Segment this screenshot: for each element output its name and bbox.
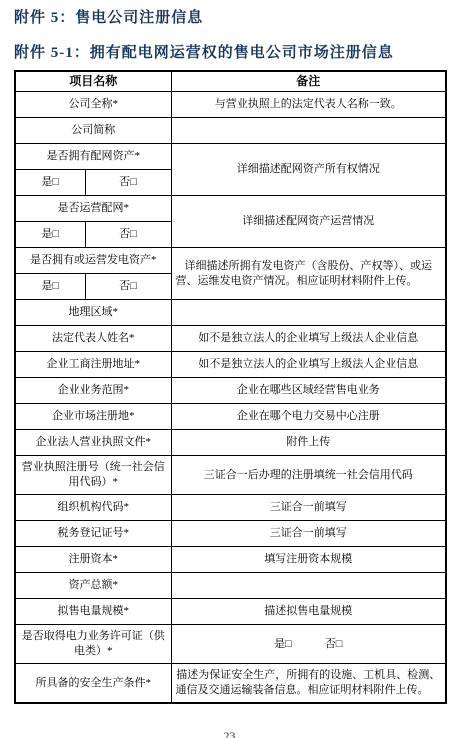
item-cell: 法定代表人姓名* [15, 326, 171, 352]
page-title: 附件 5：售电公司注册信息 [14, 9, 445, 28]
checkbox-yes[interactable]: 是□ [15, 274, 85, 300]
table-row: 企业业务范围* 企业在哪些区域经营售电业务 [15, 378, 446, 404]
item-cell: 资产总额* [15, 573, 171, 599]
note-cell: 详细描述配网资产所有权情况 [171, 144, 446, 196]
header-item-name: 项目名称 [15, 71, 171, 92]
note-cell [171, 300, 446, 326]
table-row: 企业法人营业执照文件* 附件上传 [15, 430, 446, 456]
note-cell: 填写注册资本规模 [171, 547, 446, 573]
note-cell: 描述为保证安全生产，所拥有的设施、工机具、检测、通信及交通运输装备信息。相应证明… [171, 664, 446, 704]
table-header-row: 项目名称 备注 [15, 71, 446, 92]
table-row: 资产总额* [15, 573, 446, 599]
table-row: 注册资本* 填写注册资本规模 [15, 547, 446, 573]
item-cell: 是否拥有或运营发电资产* [15, 248, 171, 274]
table-row: 企业工商注册地址* 如不是独立法人的企业填写上级法人企业信息 [15, 352, 446, 378]
item-cell: 税务登记证号* [15, 521, 171, 547]
note-cell: 三证合一后办理的注册填统一社会信用代码 [171, 456, 446, 495]
note-cell: 详细描述所拥有发电资产（含股份、产权等）、或运营、运维发电资产情况。相应证明材料… [171, 248, 446, 300]
table-row: 是否取得电力业务许可证（供电类）* 是□ 否□ [15, 625, 446, 664]
item-cell: 所具备的安全生产条件* [15, 664, 171, 704]
item-cell: 是否拥有配网资产* [15, 144, 171, 170]
document-page: 附件 5：售电公司注册信息 附件 5-1：拥有配电网运营权的售电公司市场注册信息… [0, 0, 459, 704]
note-cell: 描述拟售电量规模 [171, 599, 446, 625]
table-row: 拟售电量规模* 描述拟售电量规模 [15, 599, 446, 625]
checkbox-no[interactable]: 否□ [85, 274, 171, 300]
table-row: 公司简称 [15, 118, 446, 144]
note-cell: 企业在哪些区域经营售电业务 [171, 378, 446, 404]
item-cell: 拟售电量规模* [15, 599, 171, 625]
note-cell: 详细描述配网资产运营情况 [171, 196, 446, 248]
note-cell: 三证合一前填写 [171, 521, 446, 547]
table-row: 是否运营配网* 详细描述配网资产运营情况 [15, 196, 446, 222]
checkbox-yes[interactable]: 是□ [15, 222, 85, 248]
note-cell: 如不是独立法人的企业填写上级法人企业信息 [171, 326, 446, 352]
table-row: 企业市场注册地* 企业在哪个电力交易中心注册 [15, 404, 446, 430]
checkbox-no[interactable]: 否□ [85, 222, 171, 248]
item-cell: 注册资本* [15, 547, 171, 573]
note-cell: 如不是独立法人的企业填写上级法人企业信息 [171, 352, 446, 378]
item-cell: 公司简称 [15, 118, 171, 144]
item-cell: 组织机构代码* [15, 495, 171, 521]
note-cell [171, 573, 446, 599]
table-row: 是否拥有或运营发电资产* 详细描述所拥有发电资产（含股份、产权等）、或运营、运维… [15, 248, 446, 274]
item-cell: 企业工商注册地址* [15, 352, 171, 378]
note-cell-license-checkboxes[interactable]: 是□ 否□ [171, 625, 446, 664]
checkbox-yes[interactable]: 是□ [15, 170, 85, 196]
item-cell: 企业法人营业执照文件* [15, 430, 171, 456]
item-cell: 营业执照注册号（统一社会信用代码）* [15, 456, 171, 495]
section-title: 附件 5-1：拥有配电网运营权的售电公司市场注册信息 [14, 44, 445, 63]
item-cell: 公司全称* [15, 92, 171, 118]
table-row: 税务登记证号* 三证合一前填写 [15, 521, 446, 547]
checkbox-no[interactable]: 否□ [85, 170, 171, 196]
item-cell: 是否取得电力业务许可证（供电类）* [15, 625, 171, 664]
item-cell: 企业业务范围* [15, 378, 171, 404]
table-row: 组织机构代码* 三证合一前填写 [15, 495, 446, 521]
table-row: 营业执照注册号（统一社会信用代码）* 三证合一后办理的注册填统一社会信用代码 [15, 456, 446, 495]
page-number: 23 [0, 729, 459, 738]
registration-table: 项目名称 备注 公司全称* 与营业执照上的法定代表人名称一致。 公司简称 是否拥… [14, 70, 447, 704]
table-row: 是否拥有配网资产* 详细描述配网资产所有权情况 [15, 144, 446, 170]
table-row: 公司全称* 与营业执照上的法定代表人名称一致。 [15, 92, 446, 118]
note-cell: 企业在哪个电力交易中心注册 [171, 404, 446, 430]
header-remark: 备注 [171, 71, 446, 92]
item-cell: 企业市场注册地* [15, 404, 171, 430]
note-cell [171, 118, 446, 144]
item-cell: 是否运营配网* [15, 196, 171, 222]
table-row: 地理区域* [15, 300, 446, 326]
note-cell: 三证合一前填写 [171, 495, 446, 521]
item-cell: 地理区域* [15, 300, 171, 326]
table-row: 所具备的安全生产条件* 描述为保证安全生产，所拥有的设施、工机具、检测、通信及交… [15, 664, 446, 704]
note-cell: 与营业执照上的法定代表人名称一致。 [171, 92, 446, 118]
table-row: 法定代表人姓名* 如不是独立法人的企业填写上级法人企业信息 [15, 326, 446, 352]
note-cell: 附件上传 [171, 430, 446, 456]
